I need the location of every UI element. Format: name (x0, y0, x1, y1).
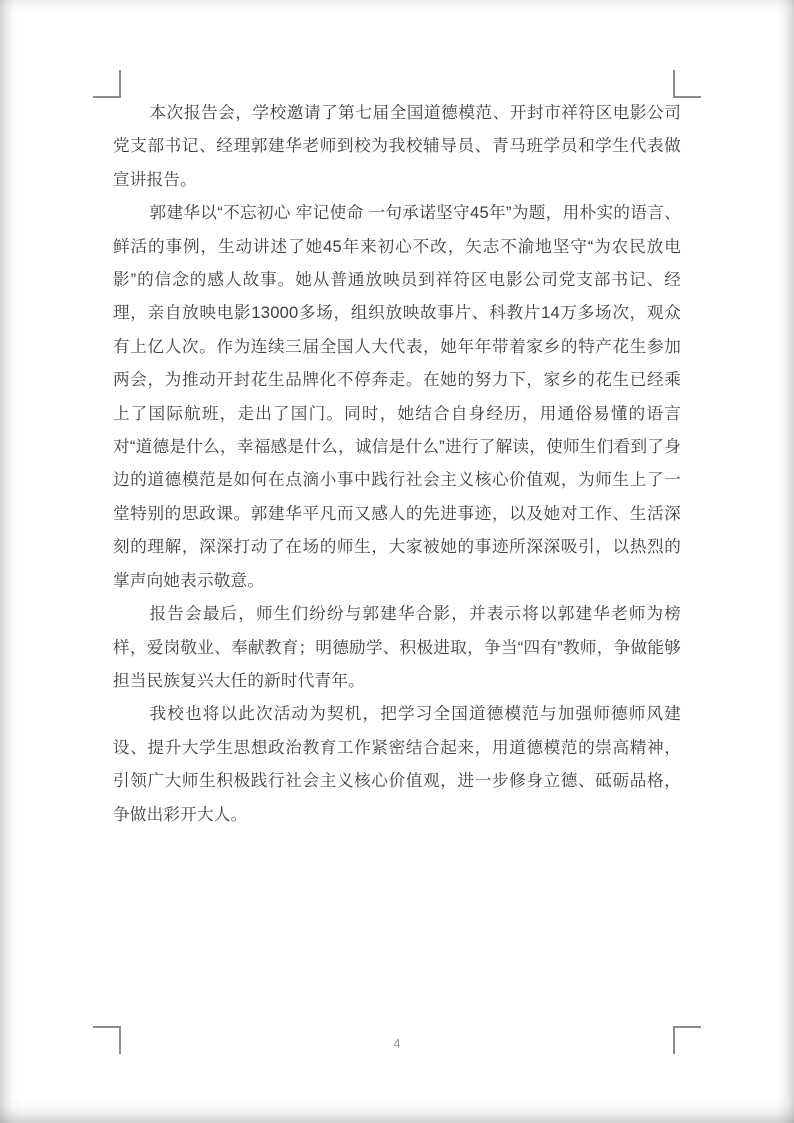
document-body: 本次报告会，学校邀请了第七届全国道德模范、开封市祥符区电影公司党支部书记、经理郭… (113, 96, 681, 831)
crop-mark-top-right-icon (673, 70, 701, 98)
document-page: 本次报告会，学校邀请了第七届全国道德模范、开封市祥符区电影公司党支部书记、经理郭… (0, 0, 794, 1123)
crop-mark-top-left-icon (93, 70, 121, 98)
paragraph-4: 我校也将以此次活动为契机，把学习全国道德模范与加强师德师风建设、提升大学生思想政… (113, 697, 681, 831)
page-number: 4 (0, 1036, 794, 1051)
paragraph-2: 郭建华以“不忘初心 牢记使命 一句承诺坚守45年”为题，用朴实的语言、鲜活的事例… (113, 196, 681, 597)
paragraph-3: 报告会最后，师生们纷纷与郭建华合影，并表示将以郭建华老师为榜样，爱岗敬业、奉献教… (113, 597, 681, 697)
paragraph-1: 本次报告会，学校邀请了第七届全国道德模范、开封市祥符区电影公司党支部书记、经理郭… (113, 96, 681, 196)
